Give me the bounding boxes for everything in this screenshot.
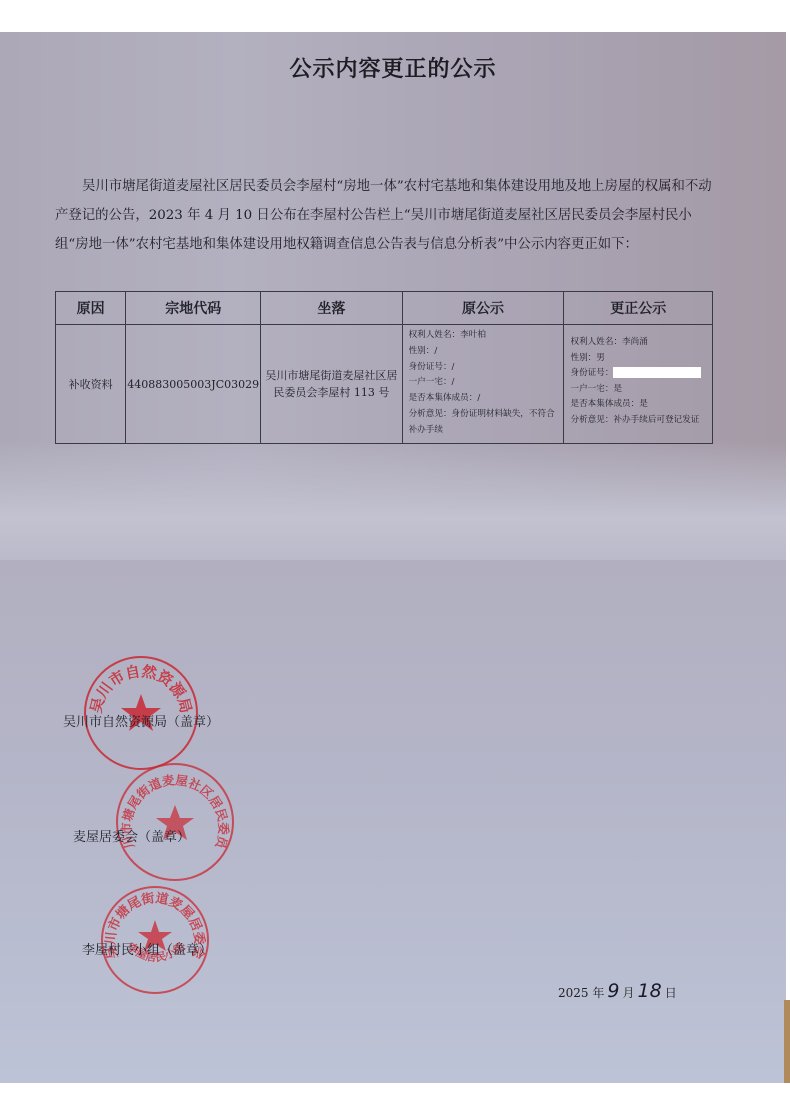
header-location: 坐落 <box>261 292 402 325</box>
intro-paragraph: 吴川市塘尾街道麦屋社区居民委员会李屋村“房地一体”农村宅基地和集体建设用地及地上… <box>55 172 720 259</box>
document-title: 公示内容更正的公示 <box>0 52 786 83</box>
table-row: 补收资料 440883005003JC03029 吴川市塘尾街道麦屋社区居民委员… <box>56 325 713 444</box>
header-corrected: 更正公示 <box>564 292 713 325</box>
date-day-handwritten: 18 <box>635 980 665 1002</box>
corrected-id: 身份证号： <box>570 366 706 382</box>
cell-original: 权利人姓名：李叶柏 性别：/ 身份证号：/ 一户一宅：/ 是否本集体成员：/ 分… <box>402 325 564 444</box>
corrected-member: 是否本集体成员：是 <box>570 397 706 413</box>
cell-corrected: 权利人姓名：李尚涌 性别：男 身份证号： 一户一宅：是 是否本集体成员：是 分析… <box>564 325 713 444</box>
cell-location: 吴川市塘尾街道麦屋社区居民委员会李屋村 113 号 <box>261 325 402 444</box>
paper-fold-shade <box>0 440 786 570</box>
signature-label-village-group: 李屋村民小组（盖章） <box>82 939 212 958</box>
original-name: 权利人姓名：李叶柏 <box>409 328 558 344</box>
signature-label-bureau: 吴川市自然资源局（盖章） <box>63 711 219 730</box>
stamp-maiwu-residents-committee: 吴川市塘尾街道麦屋社区居民委员会 <box>116 763 234 881</box>
date-month-suffix: 月 <box>622 986 634 1000</box>
corrected-id-label: 身份证号： <box>570 368 613 378</box>
correction-table: 原因 宗地代码 坐落 原公示 更正公示 补收资料 440883005003JC0… <box>55 291 713 444</box>
header-reason: 原因 <box>56 292 126 325</box>
corrected-opinion: 分析意见：补办手续后可登记发证 <box>570 413 706 429</box>
date-year-suffix: 年 <box>592 986 604 1000</box>
date-month-handwritten: 9 <box>604 980 622 1002</box>
original-one-house: 一户一宅：/ <box>409 375 558 391</box>
header-original: 原公示 <box>402 292 564 325</box>
redaction-box <box>613 367 701 378</box>
red-star-icon: 吴川市塘尾街道麦屋社区居民委员会 <box>118 765 232 879</box>
corrected-one-house: 一户一宅：是 <box>570 382 706 398</box>
date-day-suffix: 日 <box>665 986 677 1000</box>
original-gender: 性别：/ <box>409 344 558 360</box>
table-surface-edge <box>784 1000 790 1083</box>
date-year: 2025 <box>558 986 589 1000</box>
signature-label-committee: 麦屋居委会（盖章） <box>73 826 190 845</box>
issue-date: 2025 年9月18日 <box>558 980 677 1002</box>
original-opinion: 分析意见：身份证明材料缺失，不符合补办手续 <box>409 407 558 439</box>
original-id: 身份证号：/ <box>409 360 558 376</box>
corrected-name: 权利人姓名：李尚涌 <box>570 335 706 351</box>
corrected-gender: 性别：男 <box>570 351 706 367</box>
table-header-row: 原因 宗地代码 坐落 原公示 更正公示 <box>56 292 713 325</box>
cell-parcel-code: 440883005003JC03029 <box>126 325 261 444</box>
cell-reason: 补收资料 <box>56 325 126 444</box>
original-member: 是否本集体成员：/ <box>409 391 558 407</box>
header-parcel-code: 宗地代码 <box>126 292 261 325</box>
